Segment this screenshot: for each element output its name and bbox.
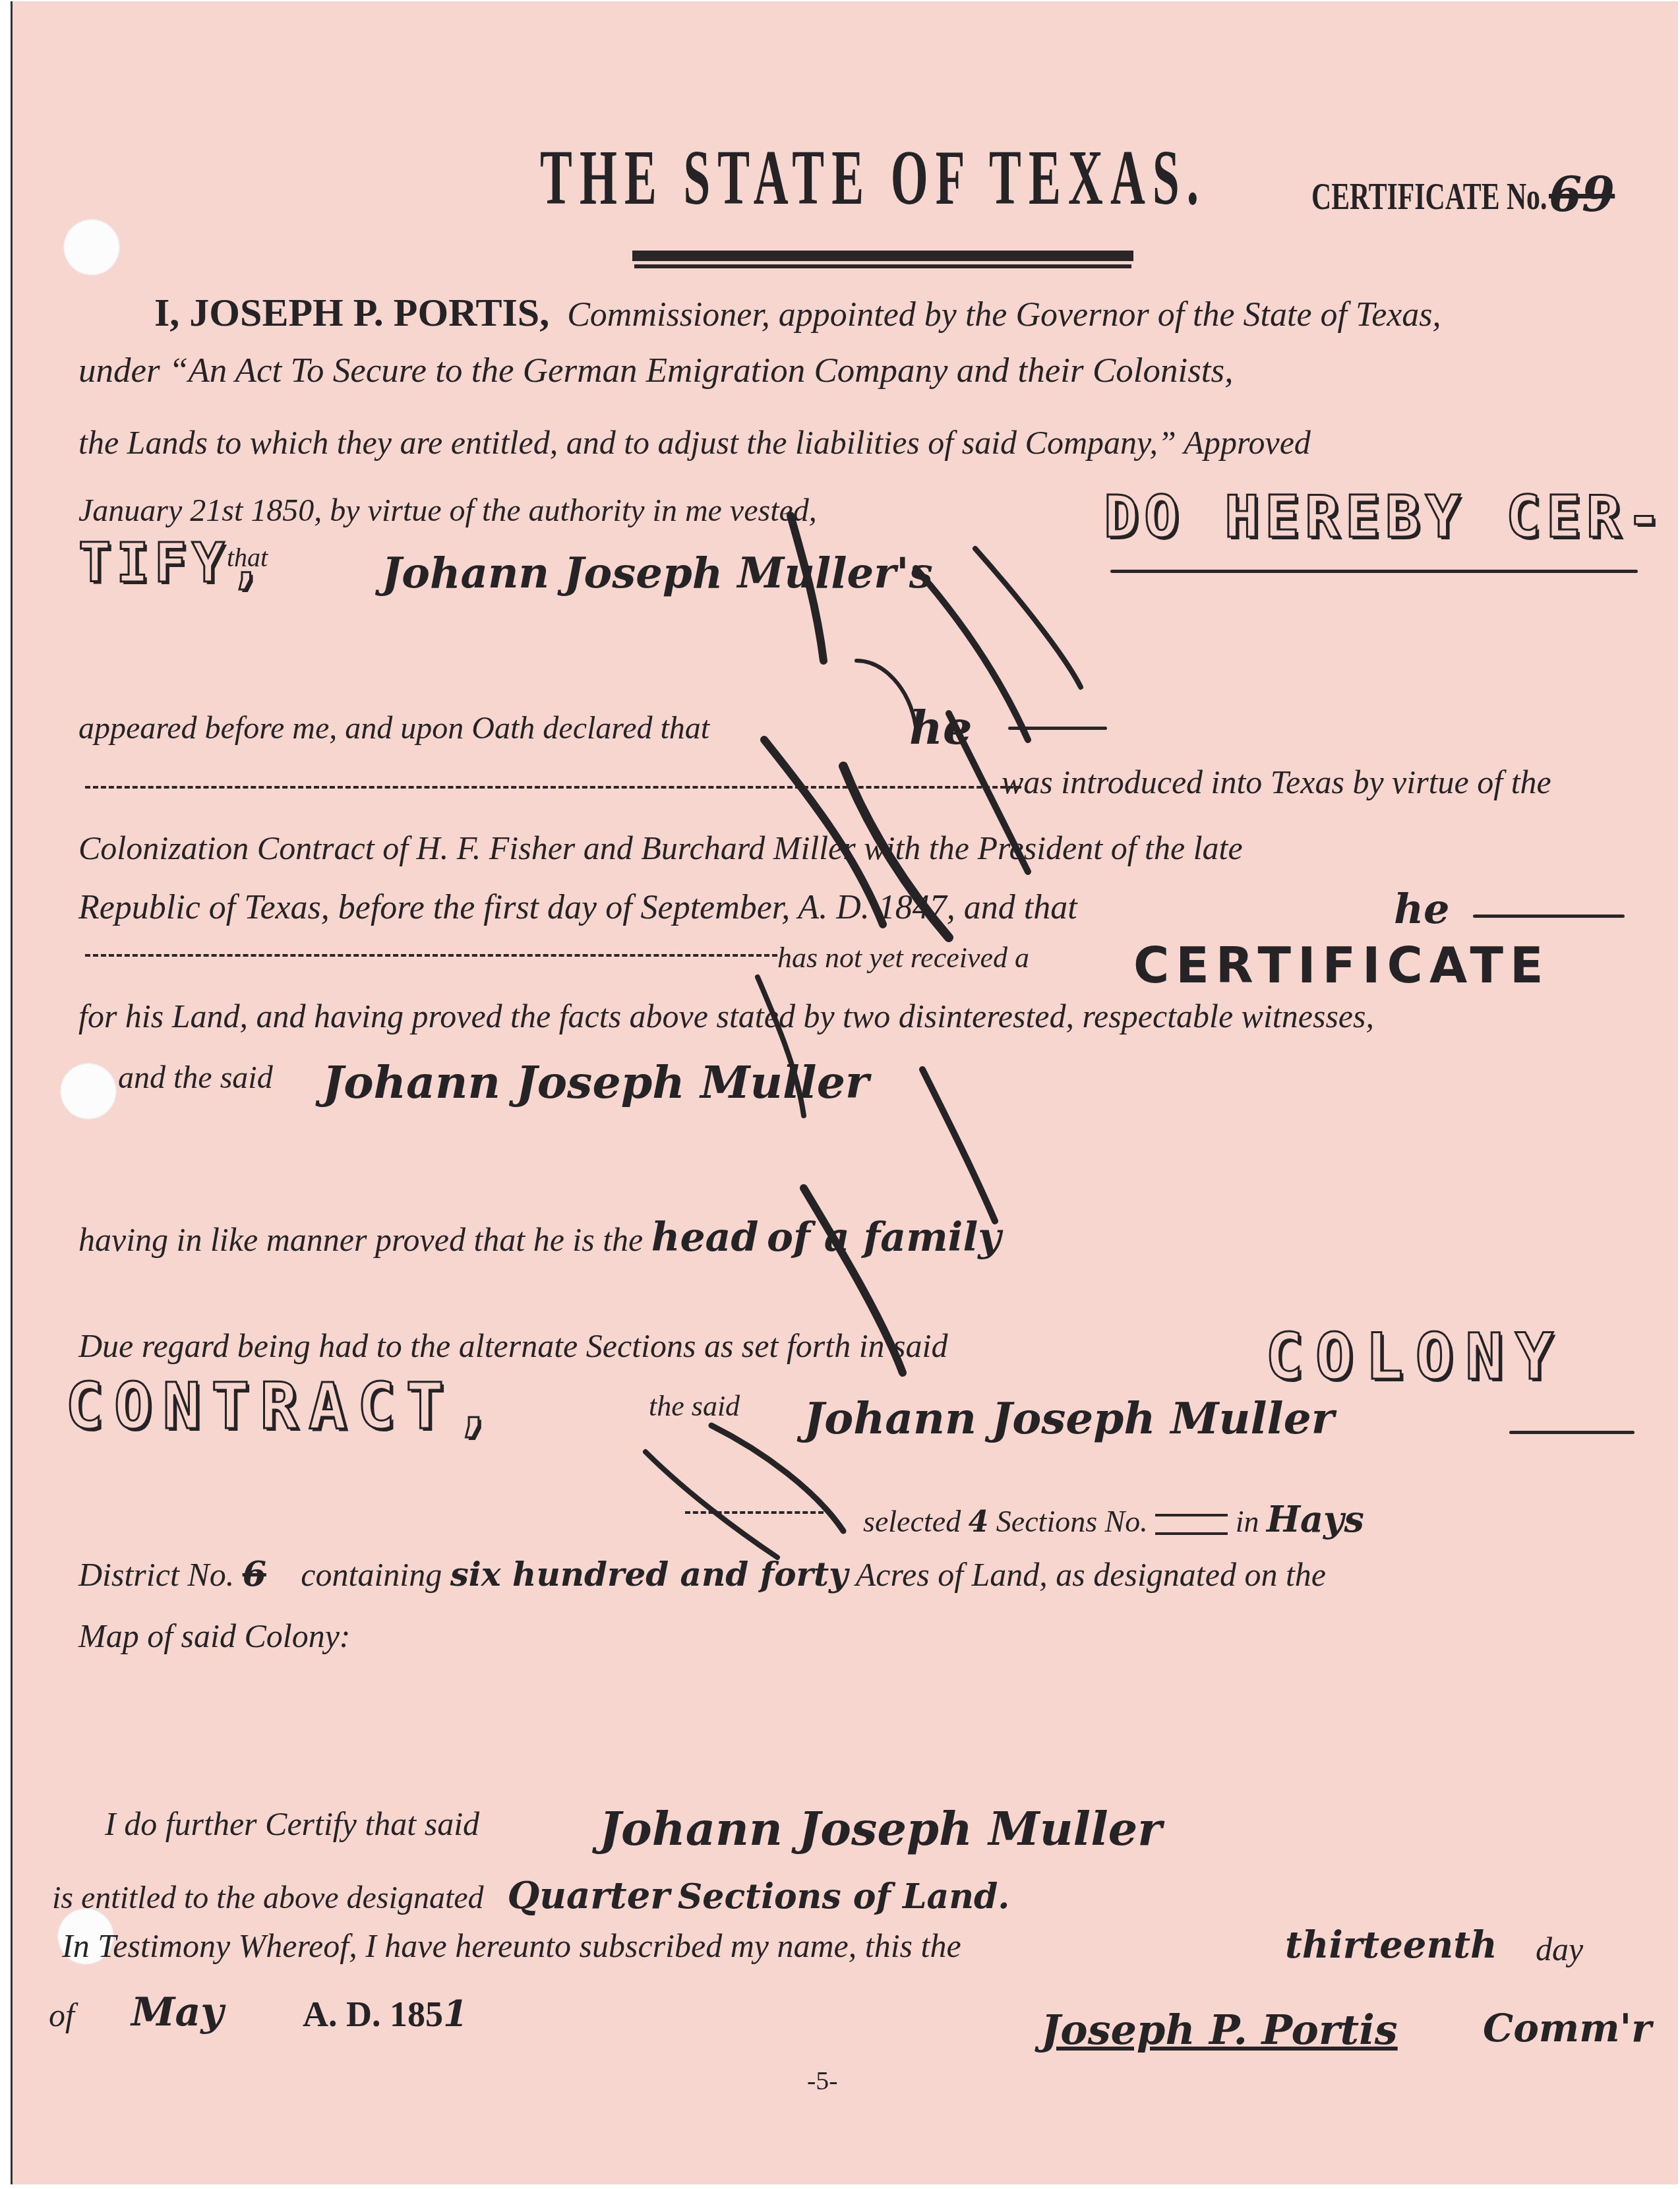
day-value: thirteenth — [1285, 1923, 1497, 1967]
text: District No. — [78, 1556, 234, 1593]
text: in — [1236, 1505, 1259, 1538]
line-1: I, JOSEPH P. PORTIS, Commissioner, appoi… — [154, 290, 1441, 336]
line-19: I do further Certify that said — [105, 1805, 479, 1843]
text: Sections of Land. — [678, 1876, 1010, 1917]
page-number: -5- — [807, 2065, 838, 2096]
punch-hole — [63, 219, 120, 276]
commissioner-name: I, JOSEPH P. PORTIS, — [154, 291, 549, 334]
line-20: is entitled to the above designated Quar… — [52, 1874, 1009, 1917]
text: having in like manner proved that he is … — [78, 1221, 643, 1258]
county-name: Hays — [1267, 1498, 1364, 1540]
pronoun-2: he — [1394, 885, 1450, 933]
line-2: under “An Act To Secure to the German Em… — [78, 351, 1233, 390]
title-underline — [632, 251, 1133, 264]
line-3: the Lands to which they are entitled, an… — [78, 423, 1311, 462]
contract-heading: CONTRACT, — [65, 1369, 503, 1443]
document-page: THE STATE OF TEXAS. CERTIFICATE No. 69 I… — [11, 1, 1678, 2184]
blank-line — [1473, 915, 1625, 918]
text: Commissioner, appointed by the Governor … — [567, 296, 1441, 334]
colony-heading: COLONY — [1265, 1320, 1565, 1394]
line-18: Map of said Colony: — [78, 1617, 350, 1655]
month-value: May — [131, 1989, 224, 2035]
punch-hole — [60, 1063, 117, 1120]
blank-line — [1509, 1431, 1635, 1434]
line-21: In Testimony Whereof, I have hereunto su… — [62, 1927, 961, 1965]
year-digit: 1 — [443, 1993, 468, 2035]
certificate-number: 69 — [1549, 166, 1615, 222]
year-prefix: A. D. 1851 — [303, 1993, 468, 2035]
section-type: Quarter — [508, 1874, 670, 1917]
diagonal-signature-mark — [606, 463, 1199, 1584]
claimant-name-4: Johann Joseph Muller — [599, 1801, 1162, 1856]
document-title: THE STATE OF TEXAS. — [540, 133, 1206, 223]
commissioner-signature: Joseph P. Portis — [1041, 2006, 1398, 2054]
of-label: of — [49, 1996, 75, 2034]
line-12: and the said — [118, 1060, 273, 1096]
day-label: day — [1536, 1930, 1583, 1968]
signature-title: Comm'r — [1483, 2006, 1652, 2051]
text: is entitled to the above designated — [52, 1880, 484, 1915]
certificate-label: CERTIFICATE No. — [1311, 174, 1547, 218]
that-label: that — [227, 542, 268, 573]
text: containing — [301, 1556, 442, 1593]
text: A. D. 185 — [303, 1994, 443, 2034]
district-number: 6 — [243, 1554, 266, 1594]
